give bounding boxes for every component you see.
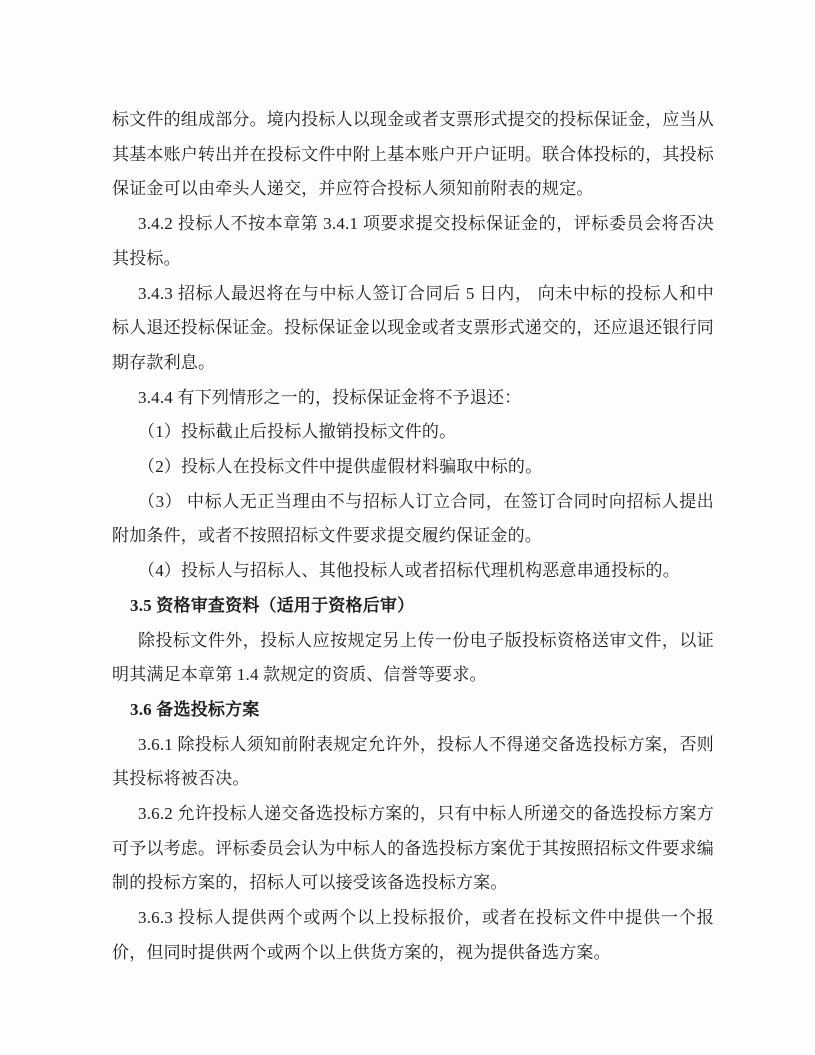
list-item-4: （4）投标人与招标人、其他投标人或者招标代理机构恶意串通投标的。 [112, 554, 714, 589]
clause-3-4-2: 3.4.2 投标人不按本章第 3.4.1 项要求提交投标保证金的，评标委员会将否… [112, 207, 714, 276]
list-item-2: （2）投标人在投标文件中提供虚假材料骗取中标的。 [112, 450, 714, 485]
clause-3-6-2: 3.6.2 允许投标人递交备选投标方案的，只有中标人所递交的备选投标方案方可予以… [112, 797, 714, 901]
clause-3-6-1: 3.6.1 除投标人须知前附表规定允许外，投标人不得递交备选投标方案，否则其投标… [112, 728, 714, 797]
clause-3-5-body: 除投标文件外，投标人应按规定另上传一份电子版投标资格送审文件，以证明其满足本章第… [112, 624, 714, 693]
section-heading-3-6: 3.6 备选投标方案 [112, 693, 714, 728]
clause-3-4-3: 3.4.3 招标人最迟将在与中标人签订合同后 5 日内， 向未中标的投标人和中标… [112, 277, 714, 381]
clause-3-6-3: 3.6.3 投标人提供两个或两个以上投标报价，或者在投标文件中提供一个报价，但同… [112, 901, 714, 970]
document-page: 标文件的组成部分。境内投标人以现金或者支票形式提交的投标保证金，应当从其基本账户… [0, 0, 815, 1055]
clause-3-4-4: 3.4.4 有下列情形之一的，投标保证金将不予退还： [112, 381, 714, 416]
section-heading-3-5: 3.5 资格审查资料（适用于资格后审） [112, 589, 714, 624]
list-item-3: （3） 中标人无正当理由不与招标人订立合同，在签订合同时向招标人提出附加条件，或… [112, 485, 714, 554]
list-item-1: （1）投标截止后投标人撤销投标文件的。 [112, 415, 714, 450]
paragraph-bid-security-continuation: 标文件的组成部分。境内投标人以现金或者支票形式提交的投标保证金，应当从其基本账户… [112, 103, 714, 207]
document-body-text: 标文件的组成部分。境内投标人以现金或者支票形式提交的投标保证金，应当从其基本账户… [112, 103, 714, 971]
